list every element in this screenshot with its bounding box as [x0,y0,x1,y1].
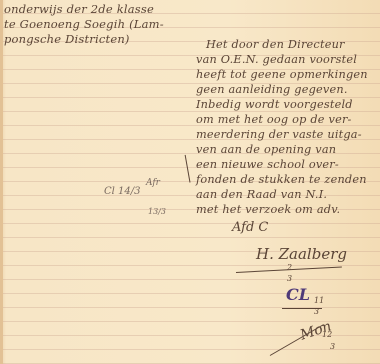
right-line-6: om met het oog op de ver- [196,113,352,126]
final-flourish [270,324,324,356]
left-line-2: te Goenoeng Soegih (Lam- [4,17,164,31]
paper-edge [0,0,3,364]
right-line-4: geen aanleiding gegeven. [196,83,348,96]
right-line-8: ven aan de opening van [196,143,336,156]
sig-date-den: 3 [287,274,292,283]
right-line-7: meerdering der vaste uitga- [196,128,362,141]
department-label: Afd C [232,220,268,235]
left-line-1: onderwijs der 2de klasse [4,2,154,16]
initials-cl: CL [286,285,310,304]
right-line-11: aan den Raad van N.I. [196,188,327,201]
initials-cl-num: 11 [314,296,324,305]
signature-zaalberg: H. Zaalberg [256,245,347,263]
right-line-9: een nieuwe school over- [196,158,339,171]
initials-final-den: 3 [330,342,335,351]
handwritten-page: onderwijs der 2de klasse te Goenoeng Soe… [0,0,380,364]
right-line-1: Het door den Directeur [206,38,345,51]
right-line-2: van O.E.N. gedaan voorstel [196,53,357,66]
margin-initials-date: Cl 14/3 [104,186,140,197]
sig-date-num: 2 [287,263,292,272]
initials-cl-den: 3 [314,307,319,316]
right-line-10: fonden de stukken te zenden [196,173,367,186]
margin-mark: Afr [146,178,160,188]
margin-date-fraction: 13/3 [148,207,166,216]
right-line-3: heeft tot geene opmerkingen [196,68,368,81]
margin-bracket-stroke [185,155,191,183]
right-line-12: met het verzoek om adv. [196,203,340,216]
right-line-5: Inbedig wordt voorgesteld [196,98,353,111]
initials-final-num: 12 [322,330,332,339]
left-line-3: pongsche Districten) [4,32,130,46]
